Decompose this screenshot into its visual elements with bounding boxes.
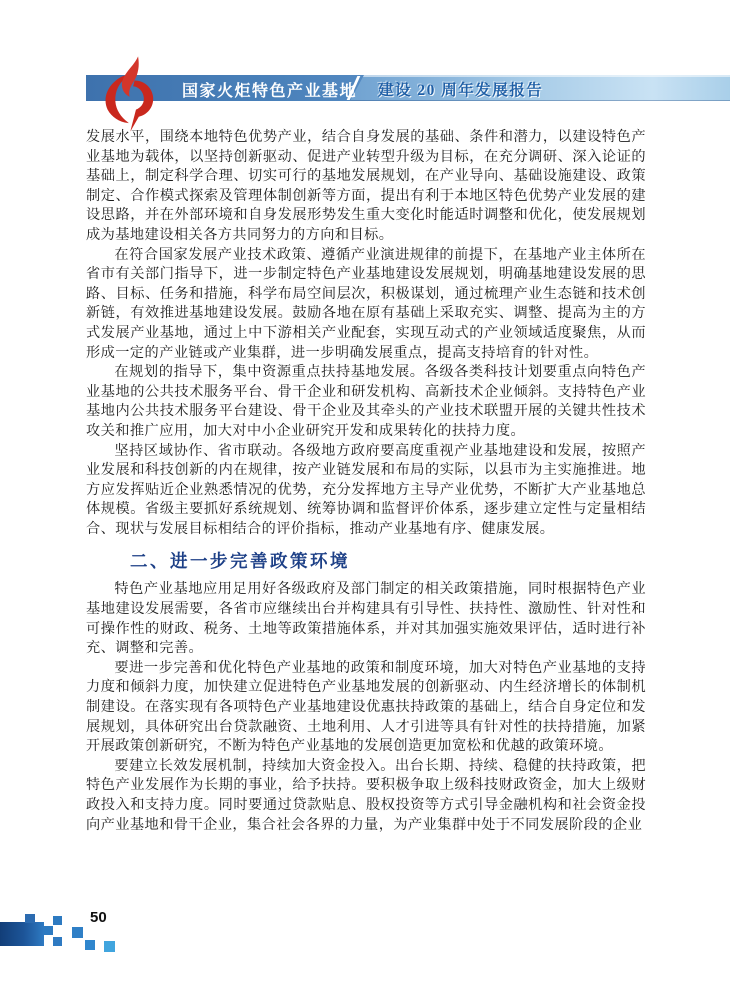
footer-decoration-square xyxy=(72,927,83,938)
footer-decoration-block xyxy=(0,922,44,946)
body-paragraph: 在规划的指导下，集中资源重点扶持基地发展。各级各类科技计划要重点向特色产业基地的… xyxy=(86,363,646,441)
body-paragraph: 坚持区域协作、省市联动。各级地方政府要高度重视产业基地建设和发展，按照产业发展和… xyxy=(86,442,646,540)
report-title: 建设 20 周年发展报告 xyxy=(378,78,543,100)
torch-icon xyxy=(94,55,168,133)
body-paragraph: 要建立长效发展机制，持续加大资金投入。出台长期、持续、稳健的扶持政策，把特色产业… xyxy=(86,757,646,835)
body-paragraph: 要进一步完善和优化特色产业基地的政策和制度环境，加大对特色产业基地的支持力度和倾… xyxy=(86,659,646,757)
page-number: 50 xyxy=(90,909,107,926)
footer-decoration-square xyxy=(104,941,115,952)
series-title: 国家火炬特色产业基地 xyxy=(182,78,357,101)
footer-decoration-square xyxy=(53,916,62,925)
report-page: 国家火炬特色产业基地 建设 20 周年发展报告 发展水平，围绕本地特色优势产业，… xyxy=(0,0,730,984)
body-paragraph: 发展水平，围绕本地特色优势产业，结合自身发展的基础、条件和潜力，以建设特色产业基… xyxy=(86,128,646,246)
footer-decoration-square xyxy=(44,926,53,935)
body-paragraph: 特色产业基地应用足用好各级政府及部门制定的相关政策措施，同时根据特色产业基地建设… xyxy=(86,580,646,658)
footer-decoration-square xyxy=(85,940,95,950)
footer-decoration-square xyxy=(53,937,62,946)
section-heading: 二、进一步完善政策环境 xyxy=(86,548,646,573)
footer-decoration-square xyxy=(25,914,35,923)
page-body: 发展水平，围绕本地特色优势产业，结合自身发展的基础、条件和潜力，以建设特色产业基… xyxy=(86,128,646,835)
header-banner: 国家火炬特色产业基地 建设 20 周年发展报告 xyxy=(86,75,730,101)
body-paragraph: 在符合国家发展产业技术政策、遵循产业演进规律的前提下，在基地产业主体所在省市有关… xyxy=(86,246,646,364)
